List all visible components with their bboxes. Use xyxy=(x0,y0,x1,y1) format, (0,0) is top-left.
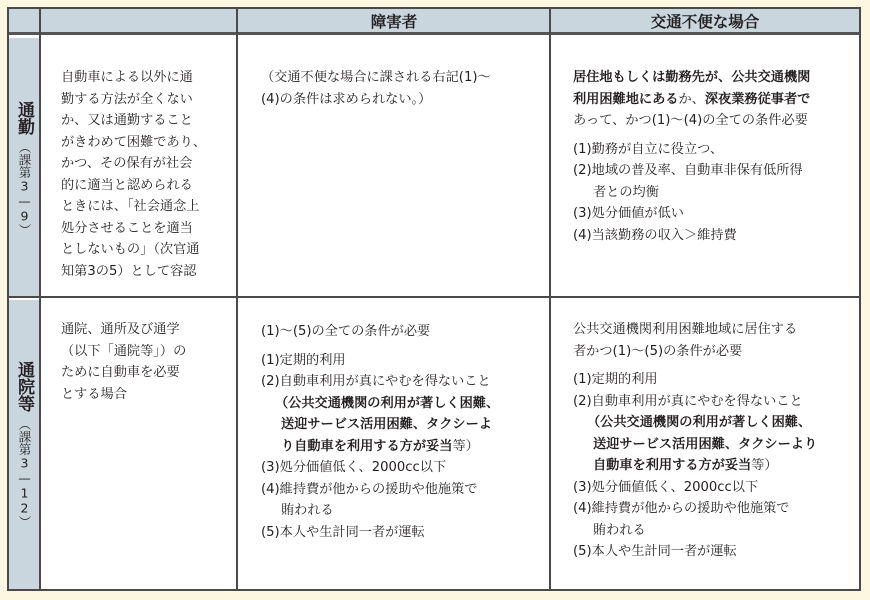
list-item: (1)定期的利用 xyxy=(261,350,546,372)
row-label-sub: （課第3—9） xyxy=(17,141,31,236)
text-span: 利用困難地にある xyxy=(573,92,679,107)
row-label-main: 通院等 xyxy=(13,361,35,412)
list-item: (4)当該勤務の収入＞維持費 xyxy=(573,225,858,247)
row-label-hospital: 通院等 （課第3—12） xyxy=(9,300,39,589)
commute-inconvenient: 居住地もしくは勤務先が、公共交通機関 利用困難地にあるか、深夜業務従事者で あっ… xyxy=(573,67,858,246)
text-line: 居住地もしくは勤務先が、公共交通機関 xyxy=(573,67,858,89)
text-line: 者かつ(1)～(5)の条件が必要 xyxy=(573,341,858,363)
list-item: （公共交通機関の利用が著しく困難、 xyxy=(261,393,546,415)
row-label-sub: （課第3—12） xyxy=(17,418,31,528)
conditions-table: 障害者 交通不便な場合 通勤 （課第3—9） 通院等 （課第3—12） 自動車に… xyxy=(7,7,861,591)
list-item: (2)自動車利用が真にやむを得ないこと xyxy=(573,391,858,413)
text-line: かつ、その保有が社会 xyxy=(61,153,231,175)
text-line: （交通不便な場合に課される右記(1)～ xyxy=(261,67,546,89)
divider xyxy=(236,9,238,589)
hospital-disabled: (1)～(5)の全ての条件が必要 (1)定期的利用 (2)自動車利用が真にやむを… xyxy=(261,321,546,543)
divider xyxy=(39,9,41,589)
commute-description: 自動車による以外に通 勤する方法が全くない か、又は通勤すること がきわめて困難… xyxy=(61,67,231,282)
text-span: 等） xyxy=(751,458,777,473)
text-span: 自動車を利用する方が妥当 xyxy=(593,458,751,473)
text-line: ために自動車を必要 xyxy=(61,362,231,384)
text-line: 通院、通所及び通学 xyxy=(61,319,231,341)
list-item: 賄われる xyxy=(261,500,546,522)
text-line: ときには、「社会通念上 xyxy=(61,196,231,218)
divider xyxy=(549,9,551,589)
row-label-main: 通勤 xyxy=(13,101,35,135)
list-item: 者との均衡 xyxy=(573,182,858,204)
text-line: (4)の条件は求められない。） xyxy=(261,89,546,111)
hospital-description: 通院、通所及び通学 （以下「通院等」）の ために自動車を必要 とする場合 xyxy=(61,319,231,405)
text-line: （以下「通院等」）の xyxy=(61,341,231,363)
text-line: 勤する方法が全くない xyxy=(61,89,231,111)
list-item: (1)勤務が自立に役立つ、 xyxy=(573,139,858,161)
list-item: (4)維持費が他からの援助や他施策で xyxy=(261,479,546,501)
text-line: 的に適当と認められる xyxy=(61,175,231,197)
text-line: としないもの」（次官通 xyxy=(61,239,231,261)
list-item: (2)地域の普及率、自動車非保有低所得 xyxy=(573,160,858,182)
commute-disabled: （交通不便な場合に課される右記(1)～ (4)の条件は求められない。） xyxy=(261,67,546,110)
header-inconvenient: 交通不便な場合 xyxy=(551,9,859,35)
list-item: 送迎サービス活用困難、タクシーより xyxy=(573,434,858,456)
text-line: あって、かつ(1)～(4)の全ての条件必要 xyxy=(573,110,858,132)
list-item: 自動車を利用する方が妥当等） xyxy=(573,455,858,477)
list-item: (3)処分価値低く、2000cc以下 xyxy=(261,457,546,479)
header-corner-cell xyxy=(9,9,39,35)
text-line: か、又は通勤すること xyxy=(61,110,231,132)
text-line: 利用困難地にあるか、深夜業務従事者で xyxy=(573,89,858,111)
list-item: (5)本人や生計同一者が運転 xyxy=(261,522,546,544)
text-span: か、 xyxy=(679,92,705,107)
text-line: 処分させることを適当 xyxy=(61,218,231,240)
list-item: 送迎サービス活用困難、タクシーよ xyxy=(261,414,546,436)
text-line: 知第3の5）として容認 xyxy=(61,261,231,283)
list-item: 賄われる xyxy=(573,520,858,542)
text-line: 公共交通機関利用困難地域に居住する xyxy=(573,319,858,341)
text-span: り自動車を利用する方が妥当 xyxy=(281,439,452,454)
divider xyxy=(9,296,859,298)
hospital-inconvenient: 公共交通機関利用困難地域に居住する 者かつ(1)～(5)の条件が必要 (1)定期… xyxy=(573,319,858,563)
row-label-commute: 通勤 （課第3—9） xyxy=(9,38,39,298)
list-item: (3)処分価値が低い xyxy=(573,203,858,225)
list-item: (4)維持費が他からの援助や他施策で xyxy=(573,498,858,520)
text-line: 自動車による以外に通 xyxy=(61,67,231,89)
text-span: 深夜業務従事者で xyxy=(705,92,811,107)
list-item: (1)定期的利用 xyxy=(573,369,858,391)
header-description-cell xyxy=(39,9,236,35)
text-line: (1)～(5)の全ての条件が必要 xyxy=(261,321,546,343)
text-span: 等） xyxy=(452,439,478,454)
list-item: (5)本人や生計同一者が運転 xyxy=(573,541,858,563)
list-item: り自動車を利用する方が妥当等） xyxy=(261,436,546,458)
header-disabled: 障害者 xyxy=(238,9,550,35)
list-item: （公共交通機関の利用が著しく困難、 xyxy=(573,412,858,434)
list-item: (3)処分価値低く、2000cc以下 xyxy=(573,477,858,499)
text-line: がきわめて困難であり、 xyxy=(61,132,231,154)
text-line: とする場合 xyxy=(61,384,231,406)
list-item: (2)自動車利用が真にやむを得ないこと xyxy=(261,371,546,393)
